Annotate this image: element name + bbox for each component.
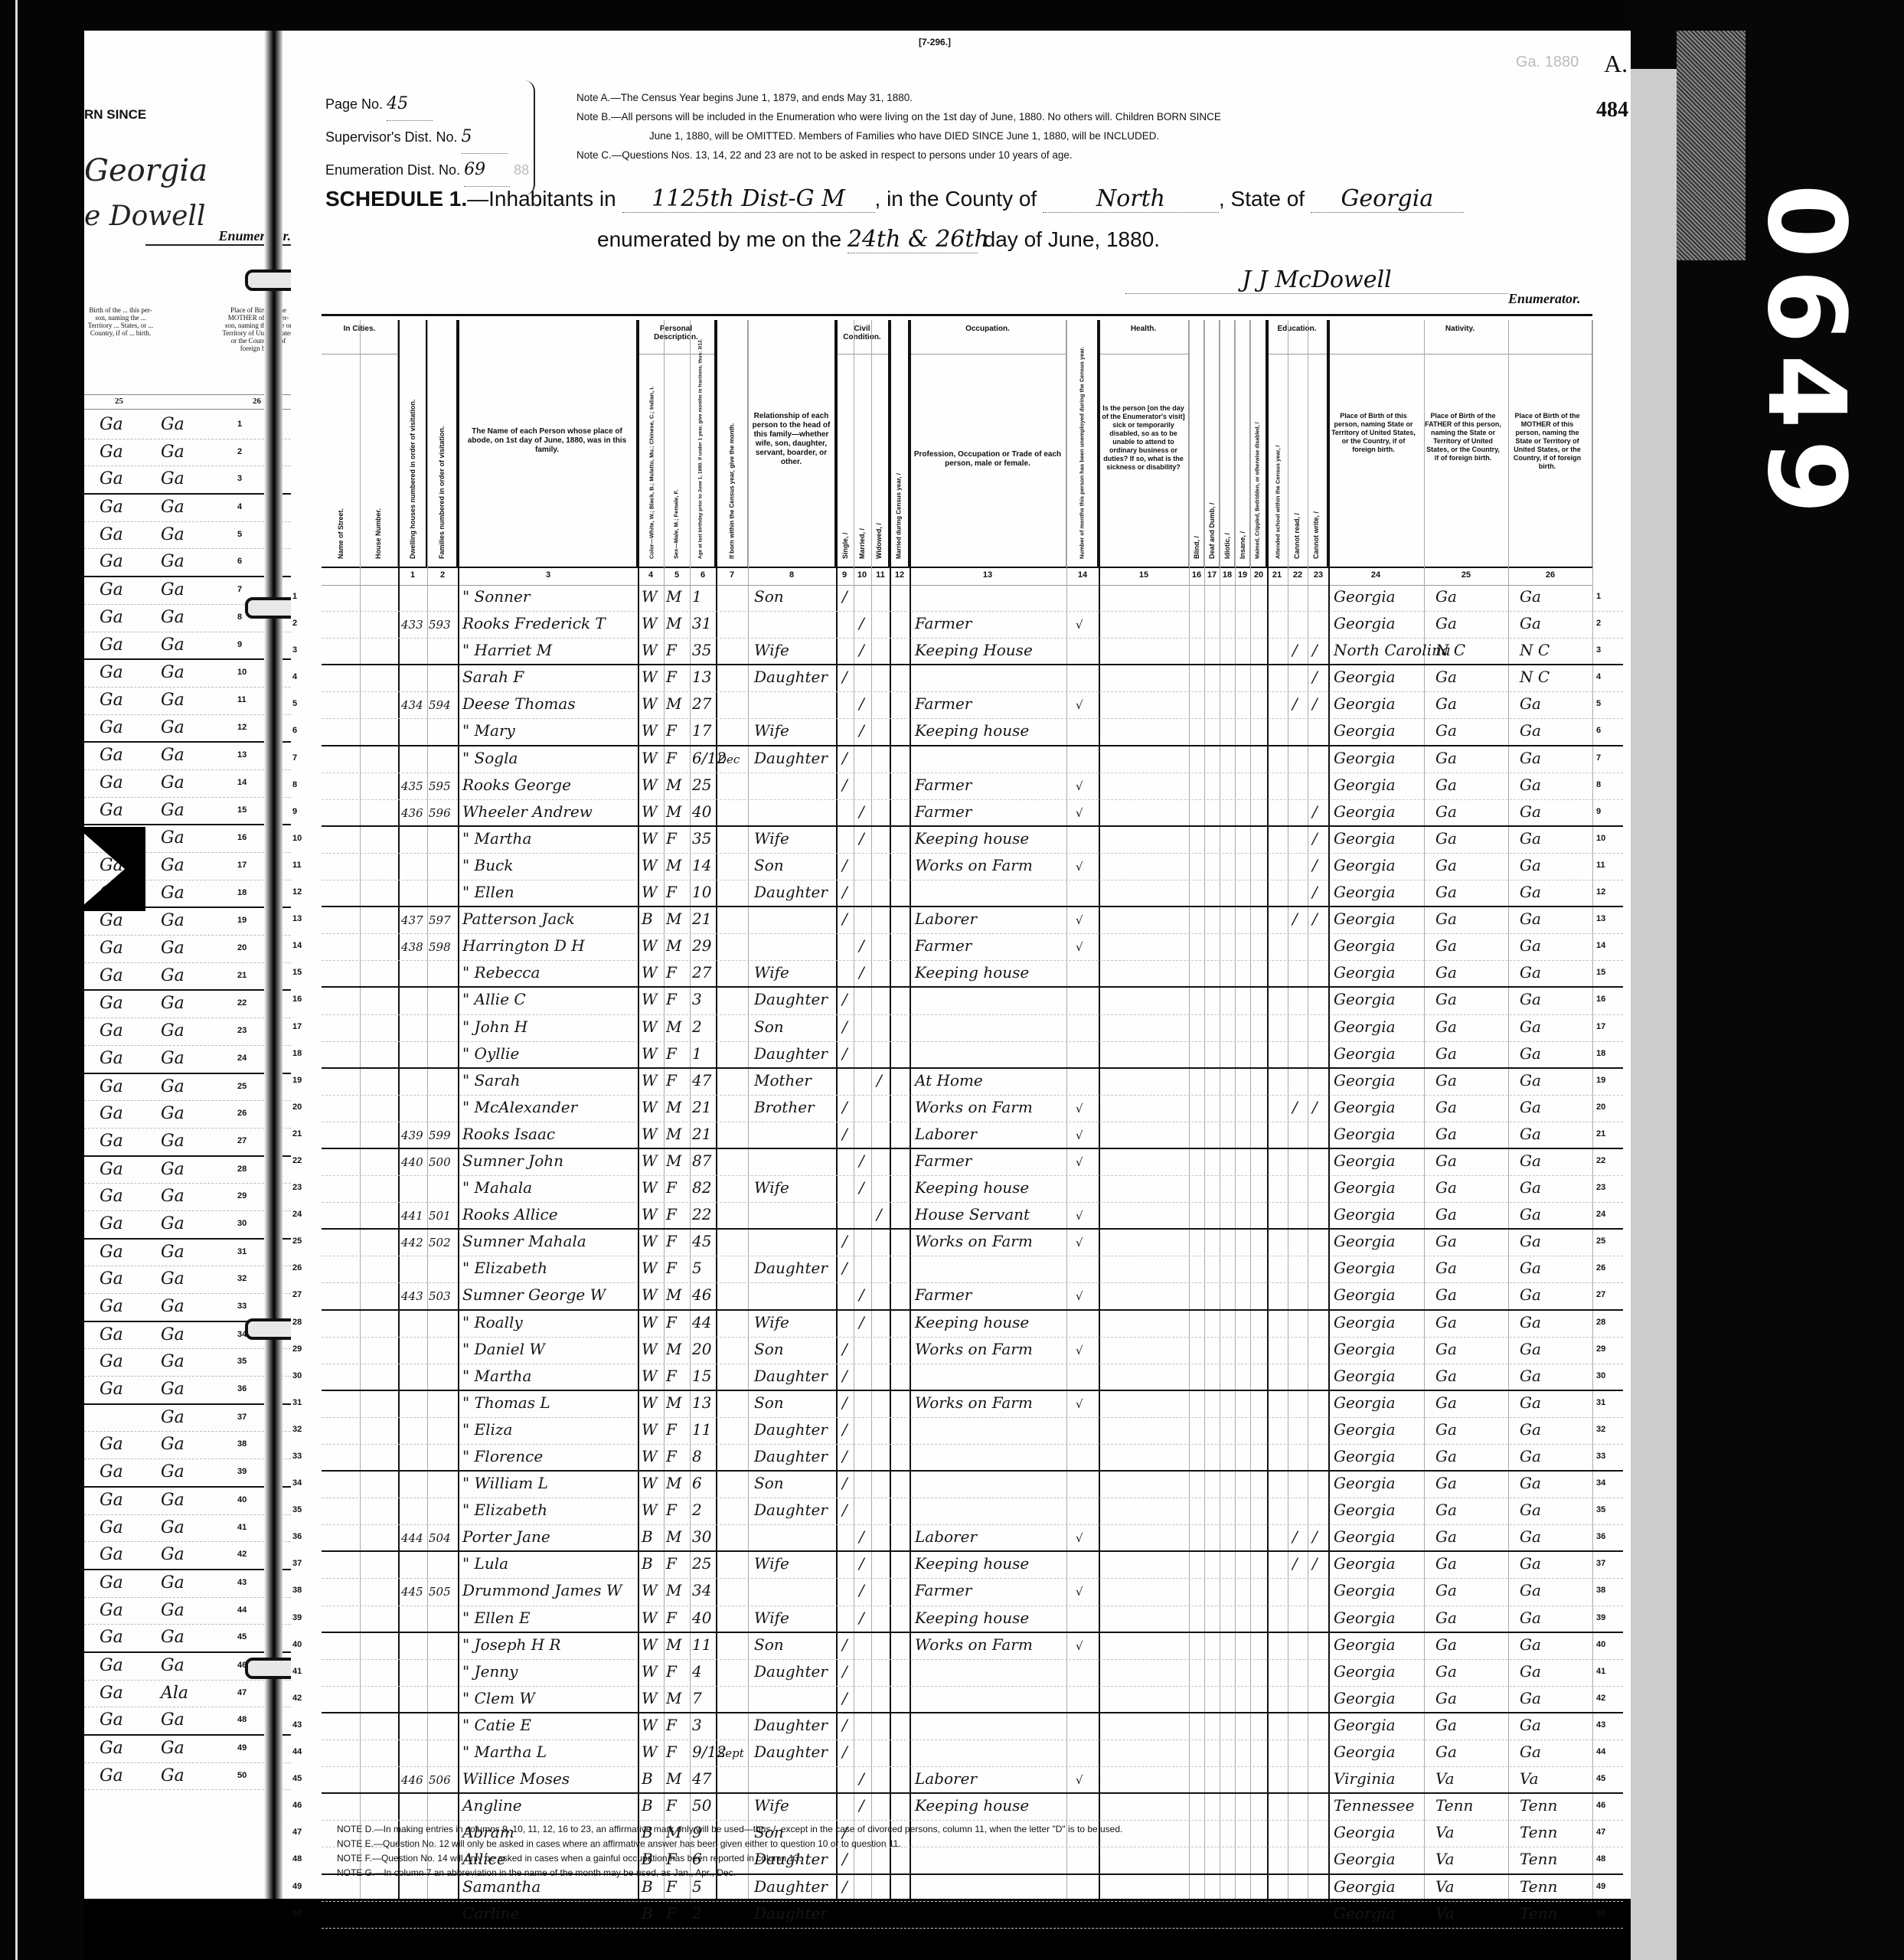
table-row: 17" John HWM2Son/GeorgiaGaGa17 — [322, 1015, 1623, 1042]
cell-read: / — [1292, 1098, 1298, 1116]
cell-father-birth: Ga — [100, 1132, 123, 1151]
cell-name: Willice Moses — [462, 1769, 570, 1788]
cell-sex: M — [666, 910, 681, 928]
cell-married: / — [859, 721, 864, 740]
cell-mother: Ga — [1520, 1743, 1541, 1761]
cell-name: Sarah F — [462, 668, 524, 686]
cell-rel: Son — [754, 856, 784, 874]
cell-occ: Laborer — [915, 1125, 977, 1143]
cell-father-birth: Ga — [100, 746, 123, 765]
cell-occ: Keeping house — [915, 1178, 1029, 1197]
cell-father-birth: Ga — [100, 1049, 123, 1068]
cell-sex: F — [666, 1662, 677, 1681]
header-dwelling: Dwelling houses numbered in order of vis… — [398, 320, 427, 567]
cell-father: Ga — [1435, 1098, 1457, 1116]
cell-color: W — [642, 749, 658, 767]
cell-father-birth: Ga — [100, 966, 123, 985]
cell-father-birth: Ga — [100, 580, 123, 599]
cell-unemp: √ — [1076, 1236, 1083, 1249]
supervisor-value: 5 — [462, 121, 508, 154]
table-row: 1" SonnerWM1Son/GeorgiaGaGa1 — [322, 585, 1623, 612]
cell-father: Va — [1435, 1904, 1455, 1922]
cell-father-birth: Ga — [100, 552, 123, 571]
col-single: Single, / — [841, 532, 849, 559]
cell-occ: Laborer — [915, 910, 977, 928]
cell-mother-birth: Ga — [161, 1408, 185, 1427]
cell-married: / — [859, 1554, 864, 1573]
line-number: 19 — [292, 1076, 302, 1085]
line-number: 30 — [237, 1219, 247, 1228]
cell-sex: M — [666, 936, 681, 955]
line-number-right: 9 — [1596, 807, 1601, 816]
cell-birth: Georgia — [1334, 990, 1396, 1008]
cell-name: " Thomas L — [462, 1393, 550, 1412]
cell-birth: Georgia — [1334, 1098, 1396, 1116]
cell-color: W — [642, 883, 658, 901]
cell-father: Ga — [1435, 1285, 1457, 1304]
cell-color: W — [642, 1420, 658, 1439]
line-number: 22 — [237, 998, 247, 1008]
cell-mother: Ga — [1520, 936, 1541, 955]
line-number: 43 — [237, 1578, 247, 1587]
line-number-right: 17 — [1596, 1022, 1605, 1031]
header-occupation: Occupation. Profession, Occupation or Tr… — [910, 320, 1066, 567]
cell-father-birth: Ga — [100, 1297, 123, 1316]
cell-age: 6 — [692, 1474, 702, 1492]
cell-age: 13 — [692, 1393, 711, 1412]
line-number-right: 13 — [1596, 914, 1605, 923]
line-number: 10 — [237, 668, 247, 677]
table-row: 15" RebeccaWF27Wife/Keeping houseGeorgia… — [322, 961, 1623, 988]
table-row: 13437597Patterson JackBM21/Laborer√//Geo… — [322, 907, 1623, 934]
cell-father: Ga — [1435, 668, 1457, 686]
line-number-right: 32 — [1596, 1425, 1605, 1434]
line-number-right: 37 — [1596, 1559, 1605, 1568]
cell-mother-birth: Ga — [161, 718, 185, 737]
table-row: 22440500Sumner JohnWM87/Farmer√GeorgiaGa… — [322, 1149, 1623, 1176]
cell-color: W — [642, 1285, 658, 1304]
cell-family: 500 — [429, 1155, 451, 1169]
cell-age: 11 — [692, 1420, 711, 1439]
line-number-right: 29 — [1596, 1344, 1605, 1354]
cell-mother-birth: Ga — [161, 1077, 185, 1096]
cell-name: " Allie C — [462, 990, 526, 1008]
cell-single: / — [842, 1044, 847, 1063]
cell-father: Ga — [1435, 1044, 1457, 1063]
cell-name: " Oyllie — [462, 1044, 519, 1063]
line-number-right: 2 — [1596, 619, 1601, 628]
line-number: 42 — [292, 1694, 302, 1703]
cell-unemp: √ — [1076, 698, 1083, 712]
cell-birth: Georgia — [1334, 1125, 1396, 1143]
cell-birth: Georgia — [1334, 776, 1396, 794]
cell-mother: Ga — [1520, 1609, 1541, 1627]
cell-mother-birth: Ga — [161, 443, 185, 462]
cell-color: W — [642, 802, 658, 821]
cell-mother-birth: Ga — [161, 1710, 185, 1730]
cell-age: 40 — [692, 802, 711, 821]
cell-mother: Ga — [1520, 1635, 1541, 1654]
line-number: 32 — [292, 1425, 302, 1434]
cell-father: Ga — [1435, 1340, 1457, 1358]
cell-single: / — [842, 1367, 847, 1385]
cell-name: " Rebecca — [462, 963, 540, 982]
cell-mother-birth: Ga — [161, 939, 185, 958]
line-number: 9 — [292, 807, 297, 816]
cell-read: / — [1292, 641, 1298, 659]
cell-color: W — [642, 1689, 658, 1707]
col-idiotic: Idiotic, / — [1223, 533, 1231, 559]
cell-unemp: √ — [1076, 913, 1083, 927]
col-birth-father: Place of Birth of the FATHER of this per… — [1425, 412, 1501, 462]
cell-name: " Martha — [462, 1367, 531, 1385]
line-number: 31 — [292, 1398, 302, 1407]
cell-mother-birth: Ga — [161, 1601, 185, 1620]
line-number: 49 — [237, 1743, 247, 1753]
cell-write: / — [1312, 829, 1318, 848]
cell-birth: Georgia — [1334, 856, 1396, 874]
line-number: 45 — [237, 1632, 247, 1641]
cell-color: W — [642, 1662, 658, 1681]
cell-birth: Georgia — [1334, 1554, 1396, 1573]
cell-mother: Ga — [1520, 721, 1541, 740]
cell-rel: Son — [754, 1393, 784, 1412]
cell-father-birth: Ga — [100, 663, 123, 682]
line-number: 21 — [292, 1129, 302, 1138]
cell-father: Ga — [1435, 1367, 1457, 1385]
table-row: 10" MarthaWF35Wife/Keeping house/Georgia… — [322, 827, 1623, 854]
line-number-right: 26 — [1596, 1263, 1605, 1272]
cell-rel: Daughter — [754, 1447, 828, 1465]
line-number-right: 43 — [1596, 1720, 1605, 1730]
note-c: Note C.—Questions Nos. 13, 14, 22 and 23… — [576, 145, 1549, 165]
cell-married: / — [859, 829, 864, 848]
col-cannot-read: Cannot read, / — [1293, 513, 1301, 559]
cell-unemp: √ — [1076, 1209, 1083, 1223]
header-name: The Name of each Person whose place of a… — [458, 320, 638, 567]
page-no-row: Page No. 45 — [325, 88, 529, 121]
cell-birth: Georgia — [1334, 802, 1396, 821]
cell-color: W — [642, 1474, 658, 1492]
cell-family: 501 — [429, 1209, 451, 1223]
cell-birth: Georgia — [1334, 1501, 1396, 1519]
line-number-right: 19 — [1596, 1076, 1605, 1085]
cell-mother: Ga — [1520, 1447, 1541, 1465]
cell-occ: Laborer — [915, 1527, 977, 1546]
cell-age: 87 — [692, 1151, 711, 1170]
cell-sex: M — [666, 1018, 681, 1036]
cell-write: / — [1312, 1554, 1318, 1573]
cell-father: Ga — [1435, 963, 1457, 982]
col-color: Color—White, W.; Black, B.; Mulatto, Mu.… — [648, 387, 655, 559]
cell-father-birth: Ga — [100, 1021, 123, 1040]
cell-father: Ga — [1435, 1205, 1457, 1223]
cell-name: Drummond James W — [462, 1581, 622, 1599]
line-number: 36 — [292, 1532, 302, 1541]
cell-color: W — [642, 1609, 658, 1627]
cell-birth: Georgia — [1334, 1581, 1396, 1599]
cell-occ: At Home — [915, 1071, 983, 1089]
cell-sex: M — [666, 1474, 681, 1492]
line-number-right: 28 — [1596, 1318, 1605, 1327]
line-number-right: 5 — [1596, 699, 1601, 708]
cell-father: Ga — [1435, 936, 1457, 955]
cell-mother: Ga — [1520, 1527, 1541, 1546]
cell-father-birth: Ga — [100, 635, 123, 655]
line-number: 3 — [292, 645, 297, 655]
cell-name: " Sarah — [462, 1071, 521, 1089]
column-number: 6 — [701, 570, 705, 580]
cell-father-birth: Ga — [100, 1739, 123, 1758]
table-row: 33" FlorenceWF8Daughter/GeorgiaGaGa33 — [322, 1445, 1623, 1472]
cell-father: Ga — [1435, 1071, 1457, 1089]
table-row: 46AnglineBF50Wife/Keeping houseTennessee… — [322, 1794, 1623, 1821]
cell-single: / — [842, 1447, 847, 1465]
cell-birth: Georgia — [1334, 694, 1396, 713]
cell-birth: Georgia — [1334, 1232, 1396, 1250]
cell-mother: N C — [1520, 668, 1550, 686]
cell-mother-birth: Ga — [161, 1518, 185, 1537]
cell-married: / — [859, 1285, 864, 1304]
cell-age: 35 — [692, 829, 711, 848]
microfilm-left-margin — [0, 0, 84, 1960]
cell-age: 2 — [692, 1501, 702, 1519]
cell-mother: Ga — [1520, 1285, 1541, 1304]
cell-mother: Ga — [1520, 694, 1541, 713]
cell-father: Ga — [1435, 1581, 1457, 1599]
cell-unemp: √ — [1076, 1344, 1083, 1357]
cell-sex: F — [666, 1501, 677, 1519]
cell-name: " Florence — [462, 1447, 543, 1465]
cell-name: Angline — [462, 1796, 522, 1815]
cell-sex: F — [666, 829, 677, 848]
cell-name: " Ellen E — [462, 1609, 531, 1627]
cell-single: / — [842, 587, 847, 606]
cell-birth: Georgia — [1334, 614, 1396, 632]
enumeration-date: enumerated by me on the 24th & 26th day … — [597, 226, 1160, 253]
cell-single: / — [842, 749, 847, 767]
cell-unemp: √ — [1076, 1773, 1083, 1787]
cell-rel: Son — [754, 1474, 784, 1492]
schedule-label: SCHEDULE 1. — [325, 187, 467, 211]
cell-age: 46 — [692, 1285, 711, 1304]
line-number-right: 11 — [1596, 861, 1605, 870]
cell-sex: F — [666, 1313, 677, 1331]
cell-dwelling: 438 — [401, 940, 423, 954]
cell-birth: Georgia — [1334, 910, 1396, 928]
cell-age: 21 — [692, 910, 711, 928]
col-widowed: Widowed, / — [875, 523, 883, 559]
cell-rel: Daughter — [754, 1259, 828, 1277]
cell-father: Ga — [1435, 802, 1457, 821]
table-row: 21439599Rooks IsaacWM21/Laborer√GeorgiaG… — [322, 1122, 1623, 1149]
line-number: 24 — [292, 1210, 302, 1219]
line-number: 25 — [292, 1236, 302, 1246]
line-number: 14 — [237, 778, 247, 787]
cell-dwelling: 443 — [401, 1289, 423, 1303]
cell-mother-birth: Ga — [161, 746, 185, 765]
cell-rel: Son — [754, 1018, 784, 1036]
table-row: 45446506Willice MosesBM47/Laborer√Virgin… — [322, 1767, 1623, 1794]
table-row: 37" LulaBF25Wife/Keeping house//GeorgiaG… — [322, 1552, 1623, 1579]
cell-sex: M — [666, 694, 681, 713]
header-relationship: Relationship of each person to the head … — [748, 320, 836, 567]
col-birth-mother: Place of Birth of the MOTHER of this per… — [1509, 412, 1586, 471]
cell-name: " Lula — [462, 1554, 508, 1573]
line-number-right: 39 — [1596, 1613, 1605, 1622]
cell-father: Ga — [1435, 1635, 1457, 1654]
cell-age: 47 — [692, 1071, 711, 1089]
film-frame-number: 0649 — [1743, 184, 1868, 525]
cell-color: W — [642, 776, 658, 794]
cell-occ: Laborer — [915, 1769, 977, 1788]
cell-read: / — [1292, 1554, 1298, 1573]
line-number-right: 47 — [1596, 1828, 1605, 1837]
line-number-right: 44 — [1596, 1747, 1605, 1756]
cell-sex: F — [666, 1420, 677, 1439]
col-deaf: Deaf and Dumb, / — [1208, 502, 1216, 559]
table-row: 24441501Rooks AlliceWF22/House Servant√G… — [322, 1203, 1623, 1230]
cell-mother: Ga — [1520, 1340, 1541, 1358]
binding-spine — [264, 31, 282, 1899]
cell-mother-birth: Ga — [161, 663, 185, 682]
cell-sex: F — [666, 1071, 677, 1089]
line-number: 37 — [237, 1413, 247, 1422]
enumerated-suffix: day of June, 1880. — [984, 227, 1160, 251]
cell-rel: Brother — [754, 1098, 815, 1116]
cell-birth: Georgia — [1334, 883, 1396, 901]
table-row: 6" MaryWF17Wife/Keeping houseGeorgiaGaGa… — [322, 719, 1623, 746]
col26-header: Place of Birth of the MOTHER of this per… — [222, 306, 295, 352]
cell-sex: M — [666, 1098, 681, 1116]
cell-mother-birth: Ga — [161, 608, 185, 627]
line-number-right: 22 — [1596, 1156, 1605, 1165]
line-number: 1 — [292, 592, 297, 601]
state-label: , State of — [1219, 187, 1305, 211]
line-number: 23 — [237, 1026, 247, 1035]
cell-rel: Daughter — [754, 1743, 828, 1761]
line-number: 35 — [237, 1357, 247, 1366]
cell-rel: Daughter — [754, 990, 828, 1008]
cell-mother: Ga — [1520, 1554, 1541, 1573]
cell-birth: Georgia — [1334, 963, 1396, 982]
table-row: 11" BuckWM14Son/Works on Farm√/GeorgiaGa… — [322, 854, 1623, 880]
line-number: 38 — [237, 1439, 247, 1449]
cell-father-birth: Ga — [100, 1628, 123, 1647]
cell-rel: Son — [754, 1340, 784, 1358]
cell-write: / — [1312, 641, 1318, 659]
cell-rel: Son — [754, 1635, 784, 1654]
cell-single: / — [842, 1259, 847, 1277]
cell-color: W — [642, 1151, 658, 1170]
cell-color: W — [642, 1125, 658, 1143]
cell-sex: F — [666, 1447, 677, 1465]
cell-mother: Ga — [1520, 1474, 1541, 1492]
cell-age: 22 — [692, 1205, 711, 1223]
cell-name: " Martha — [462, 829, 531, 848]
cell-rel: Daughter — [754, 1904, 828, 1922]
cell-name: " Jenny — [462, 1662, 518, 1681]
col-school: Attended school within the Census year, … — [1275, 446, 1282, 559]
cell-unemp: √ — [1076, 618, 1083, 632]
cell-color: W — [642, 1743, 658, 1761]
col-dwelling: Dwelling houses numbered in order of vis… — [409, 399, 416, 559]
line-number: 31 — [237, 1247, 247, 1256]
line-number: 44 — [237, 1606, 247, 1615]
line-number: 41 — [237, 1523, 247, 1532]
cell-age: 27 — [692, 963, 711, 982]
cell-color: W — [642, 641, 658, 659]
column-number: 19 — [1238, 570, 1247, 580]
cell-name: " Elizabeth — [462, 1501, 547, 1519]
cell-birth: Georgia — [1334, 749, 1396, 767]
cell-name: " Ellen — [462, 883, 514, 901]
cell-color: W — [642, 1205, 658, 1223]
group-education: Education. — [1267, 320, 1327, 354]
cell-mother: Ga — [1520, 1313, 1541, 1331]
cell-birth: Georgia — [1334, 1367, 1396, 1385]
cell-name: Rooks Allice — [462, 1205, 558, 1223]
line-number: 3 — [237, 474, 242, 483]
cell-family: 596 — [429, 806, 451, 820]
cell-mother-birth: Ga — [161, 580, 185, 599]
cell-color: W — [642, 829, 658, 848]
cell-single: / — [842, 1098, 847, 1116]
cell-occ: Works on Farm — [915, 1232, 1033, 1250]
col-month-born: If born within the Census year, give the… — [728, 423, 735, 559]
line-number: 35 — [292, 1505, 302, 1514]
cell-mother: Tenn — [1520, 1796, 1557, 1815]
table-top-rule — [322, 314, 1592, 316]
cell-age: 2 — [692, 1018, 702, 1036]
cell-age: 44 — [692, 1313, 711, 1331]
cell-color: B — [642, 1904, 653, 1922]
cell-age: 3 — [692, 1716, 702, 1734]
cell-mother: Ga — [1520, 829, 1541, 848]
cell-color: W — [642, 1340, 658, 1358]
cell-father: Ga — [1435, 1527, 1457, 1546]
cell-write: / — [1312, 883, 1318, 901]
cell-father: Ga — [1435, 1259, 1457, 1277]
cell-married: / — [859, 1581, 864, 1599]
column-number: 21 — [1272, 570, 1282, 580]
cell-write: / — [1312, 694, 1318, 713]
line-number: 29 — [292, 1344, 302, 1354]
cell-father-birth: Ga — [100, 1325, 123, 1344]
cell-color: W — [642, 1501, 658, 1519]
cell-occ: Farmer — [915, 1581, 972, 1599]
cell-father: Va — [1435, 1769, 1455, 1788]
cell-dwelling: 440 — [401, 1155, 423, 1169]
column-number: 5 — [674, 570, 679, 580]
cell-birth: Georgia — [1334, 1635, 1396, 1654]
cell-sex: F — [666, 1232, 677, 1250]
cell-birth: Georgia — [1334, 1340, 1396, 1358]
line-number: 10 — [292, 834, 302, 843]
line-number: 16 — [237, 833, 247, 842]
cell-color: W — [642, 1098, 658, 1116]
header-blind: Blind, / — [1189, 320, 1204, 567]
cell-color: W — [642, 1259, 658, 1277]
cell-name: Sumner George W — [462, 1285, 606, 1304]
line-number-right: 15 — [1596, 968, 1605, 977]
cell-mother: Ga — [1520, 1232, 1541, 1250]
line-number: 12 — [237, 723, 247, 732]
line-number: 27 — [292, 1290, 302, 1299]
cell-age: 40 — [692, 1609, 711, 1627]
cell-color: W — [642, 1232, 658, 1250]
line-number: 50 — [237, 1771, 247, 1780]
